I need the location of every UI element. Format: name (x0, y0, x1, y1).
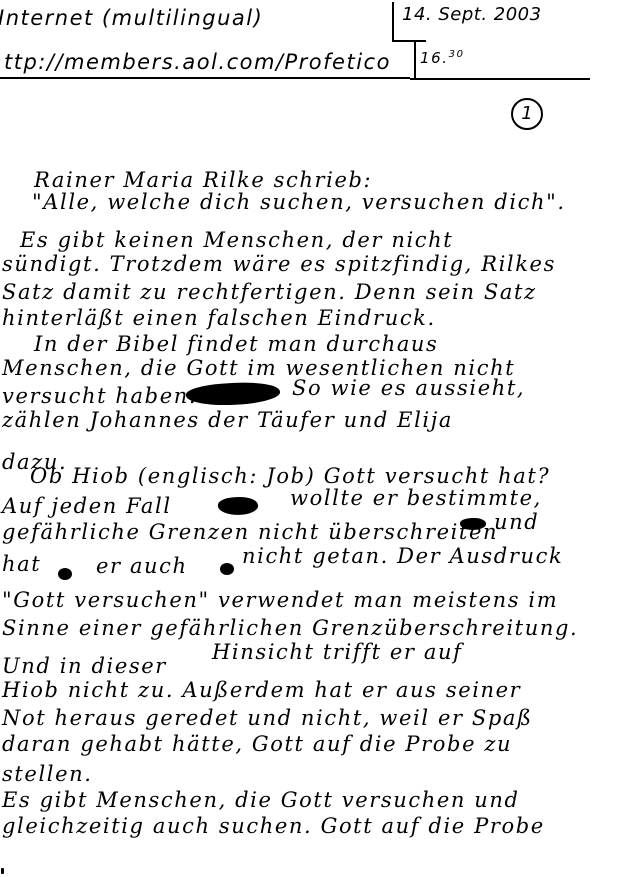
text-line: er auch (96, 556, 188, 577)
text-line: Es gibt keinen Menschen, der nicht (20, 230, 453, 251)
header-rule (410, 78, 590, 80)
text-line: Es gibt Menschen, die Gott versuchen und (2, 790, 520, 811)
time-minutes: 30 (449, 49, 465, 60)
date-bracket (392, 2, 394, 40)
text-line: daran gehabt hätte, Gott auf die Probe z… (2, 734, 512, 755)
ink-blot (220, 563, 234, 575)
header-date: 14. Sept. 2003 (402, 6, 542, 24)
header-title: Internet (multilingual) (0, 8, 263, 29)
time-bracket (414, 40, 416, 78)
scribbled-out-word (185, 380, 280, 409)
text-line: So wie es aussieht, (292, 378, 525, 399)
ink-blot (58, 568, 72, 580)
text-line: nicht getan. Der Ausdruck (242, 546, 563, 567)
text-line: "Gott versuchen" verwendet man meistens … (2, 590, 558, 611)
text-line: Hinsicht trifft er auf (212, 642, 462, 663)
page-number: 1 (511, 98, 543, 130)
scanned-handwritten-page: Internet (multilingual) ttp://members.ao… (0, 0, 638, 877)
text-line: In der Bibel findet man durchaus (34, 334, 438, 355)
text-line: hinterläßt einen falschen Eindruck. (2, 308, 436, 329)
header-time: 16.30 (420, 50, 465, 66)
text-line: versucht haben. (2, 386, 197, 407)
text-line: gleichzeitig auch suchen. Gott auf die P… (2, 816, 545, 837)
text-line: Auf jeden Fall (2, 496, 172, 517)
date-bracket-mid (392, 40, 426, 42)
text-line: "Alle, welche dich suchen, versuchen dic… (32, 192, 566, 213)
scribbled-out-word (217, 496, 258, 517)
text-line: gefährliche Grenzen nicht überschreiten (2, 522, 498, 543)
text-line: zählen Johannes der Täufer und Elija (2, 410, 453, 431)
header-url: ttp://members.aol.com/Profetico (4, 52, 391, 73)
text-line: stellen. (2, 764, 93, 785)
text-line: Satz damit zu rechtfertigen. Denn sein S… (2, 282, 537, 303)
url-underline (0, 77, 410, 79)
text-line: Sinne einer gefährlichen Grenzüberschrei… (2, 618, 578, 639)
time-hour: 16. (420, 49, 449, 67)
text-line: Ob Hiob (englisch: Job) Gott versucht ha… (30, 466, 550, 487)
text-line: hat (2, 554, 41, 575)
text-line: Hiob nicht zu. Außerdem hat er aus seine… (2, 680, 521, 701)
text-line: Not heraus geredet und nicht, weil er Sp… (2, 708, 533, 729)
text-line: und (494, 512, 539, 533)
text-line: Rainer Maria Rilke schrieb: (34, 170, 372, 191)
scan-speck (1, 868, 4, 874)
text-line: wollte er bestimmte, (290, 488, 542, 509)
text-line: sündigt. Trotzdem wäre es spitzfindig, R… (2, 254, 556, 275)
text-line: Und in dieser (2, 656, 167, 677)
